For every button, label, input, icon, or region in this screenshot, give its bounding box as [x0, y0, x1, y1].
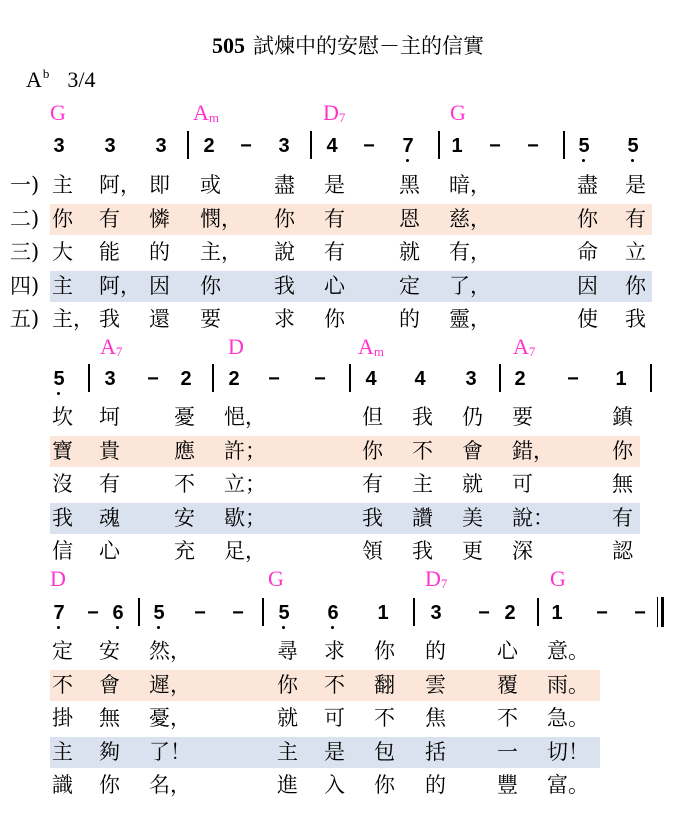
- lyric-syllable: 仍: [462, 404, 488, 430]
- lyric-syllable: 我: [274, 273, 300, 299]
- lower-octave-dot: [57, 392, 60, 395]
- lyric-syllable: 立；: [224, 471, 250, 497]
- chord-symbol: G: [550, 566, 566, 592]
- note-value: 7: [402, 135, 413, 157]
- lyric-syllable: 的: [149, 239, 175, 265]
- lyric-syllable: 主: [52, 172, 78, 198]
- note-value: 5: [578, 135, 589, 157]
- lyric-syllable: 意。: [547, 638, 573, 664]
- lyric-syllable: 有，: [449, 239, 475, 265]
- lyric-syllable: 求: [324, 638, 350, 664]
- lyric-syllable: 你: [625, 273, 651, 299]
- jianpu-note: 5: [149, 602, 169, 625]
- jianpu-note: 6: [323, 602, 343, 625]
- lyric-syllable: 你: [362, 438, 388, 464]
- chord-symbol: A7: [513, 334, 535, 360]
- note-value: −: [268, 368, 280, 390]
- lyric-syllable: 括: [425, 739, 451, 765]
- note-value: 5: [278, 602, 289, 624]
- jianpu-note: 1: [611, 368, 631, 391]
- verse-2-highlight: [50, 204, 652, 235]
- lyric-syllable: 認: [612, 538, 638, 564]
- lyric-syllable: 使: [577, 306, 603, 332]
- lyric-syllable: 主: [52, 273, 78, 299]
- lyric-syllable: 有: [99, 206, 125, 232]
- lyric-syllable: 的: [399, 306, 425, 332]
- jianpu-note: 3: [426, 602, 446, 625]
- lyric-syllable: 要: [200, 306, 226, 332]
- lyric-syllable: 就: [462, 471, 488, 497]
- barline: [212, 364, 214, 392]
- lyric-syllable: 定: [52, 638, 78, 664]
- note-value: −: [194, 602, 206, 624]
- lyric-syllable: 夠: [99, 739, 125, 765]
- lyric-syllable: 不: [174, 471, 200, 497]
- jianpu-note: 4: [322, 135, 342, 158]
- lower-octave-dot: [116, 626, 119, 629]
- lyric-syllable: 了，: [449, 273, 475, 299]
- note-value: 2: [203, 135, 214, 157]
- lower-octave-dot: [282, 626, 285, 629]
- chord-root: A: [358, 334, 374, 359]
- lyric-syllable: 魂: [99, 505, 125, 531]
- lyric-syllable: 信: [52, 538, 78, 564]
- lyric-syllable: 心: [497, 638, 523, 664]
- lyric-syllable: 我: [412, 404, 438, 430]
- note-dash: −: [143, 368, 163, 391]
- lyric-syllable: 你: [274, 206, 300, 232]
- lyric-syllable: 要: [512, 404, 538, 430]
- lyric-syllable: 會: [462, 438, 488, 464]
- barline: [88, 364, 90, 392]
- lyric-syllable: 憐: [149, 206, 175, 232]
- hymn-name: 試煉中的安慰－主的信實: [253, 34, 484, 58]
- lyric-syllable: 然，: [149, 638, 175, 664]
- jianpu-note: 3: [49, 135, 69, 158]
- verse-label: 四): [10, 273, 39, 299]
- barline: [138, 598, 140, 626]
- lyric-syllable: 有: [362, 471, 388, 497]
- hymn-number: 505: [212, 33, 245, 58]
- note-dash: −: [592, 602, 612, 625]
- hymn-title: 505試煉中的安慰－主的信實: [212, 30, 484, 60]
- barline: [262, 598, 264, 626]
- note-value: 4: [365, 368, 376, 390]
- lyric-syllable: 主: [52, 739, 78, 765]
- lyric-syllable: 不: [324, 672, 350, 698]
- lyric-syllable: 慈，: [449, 206, 475, 232]
- lyric-syllable: 求: [274, 306, 300, 332]
- lyric-syllable: 心: [99, 538, 125, 564]
- note-value: 4: [326, 135, 337, 157]
- note-dash: −: [474, 602, 494, 625]
- lyric-syllable: 的: [425, 638, 451, 664]
- barline: [187, 131, 189, 159]
- barline: [310, 131, 312, 159]
- note-value: −: [527, 135, 539, 157]
- final-barline: [657, 597, 662, 627]
- lyric-syllable: 錯，: [512, 438, 538, 464]
- lyric-syllable: 還: [149, 306, 175, 332]
- lyric-syllable: 富。: [547, 772, 573, 798]
- note-value: 3: [465, 368, 476, 390]
- lyric-syllable: 無: [612, 471, 638, 497]
- note-value: 5: [153, 602, 164, 624]
- lyric-syllable: 即: [149, 172, 175, 198]
- barline: [650, 364, 652, 392]
- note-dash: −: [359, 135, 379, 158]
- lyric-syllable: 阿，: [99, 172, 125, 198]
- lyric-syllable: 不: [412, 438, 438, 464]
- lower-octave-dot: [57, 626, 60, 629]
- jianpu-note: 5: [574, 135, 594, 158]
- verse-label: 一): [10, 172, 39, 198]
- jianpu-note: 4: [361, 368, 381, 391]
- lyric-syllable: 坷: [99, 404, 125, 430]
- lyric-syllable: 我: [99, 306, 125, 332]
- note-value: 3: [53, 135, 64, 157]
- chord-symbol: D7: [425, 566, 447, 592]
- note-dash: −: [83, 602, 103, 625]
- lyric-syllable: 你: [374, 638, 400, 664]
- lyric-syllable: 暗，: [449, 172, 475, 198]
- jianpu-note: 3: [274, 135, 294, 158]
- lyric-syllable: 會: [99, 672, 125, 698]
- note-dash: −: [264, 368, 284, 391]
- lyric-syllable: 美: [462, 505, 488, 531]
- chord-symbol: G: [50, 100, 66, 126]
- note-value: 1: [551, 602, 562, 624]
- chord-symbol: D: [228, 334, 244, 360]
- lyric-syllable: 有: [99, 471, 125, 497]
- jianpu-note: 2: [510, 368, 530, 391]
- lower-octave-dot: [157, 626, 160, 629]
- lyric-syllable: 你: [52, 206, 78, 232]
- lyric-syllable: 識: [52, 772, 78, 798]
- lyric-syllable: 了！: [149, 739, 175, 765]
- lower-octave-dot: [582, 159, 585, 162]
- lyric-syllable: 有: [625, 206, 651, 232]
- note-value: −: [567, 368, 579, 390]
- lyric-syllable: 翻: [374, 672, 400, 698]
- lyric-syllable: 的: [425, 772, 451, 798]
- note-value: 5: [53, 368, 64, 390]
- lyric-syllable: 深: [512, 538, 538, 564]
- note-value: 1: [377, 602, 388, 624]
- lyric-syllable: 恩: [399, 206, 425, 232]
- time-signature: 3/4: [67, 67, 95, 92]
- lyric-syllable: 可: [512, 471, 538, 497]
- jianpu-note: 3: [151, 135, 171, 158]
- key-signature: Ab3/4: [26, 66, 96, 93]
- note-value: −: [489, 135, 501, 157]
- barline: [499, 364, 501, 392]
- note-value: −: [240, 135, 252, 157]
- lyric-syllable: 主: [277, 739, 303, 765]
- key-accidental: b: [43, 66, 50, 81]
- chord-root: D: [50, 566, 66, 591]
- note-dash: −: [523, 135, 543, 158]
- note-value: 6: [327, 602, 338, 624]
- lyric-syllable: 切！: [547, 739, 573, 765]
- lower-octave-dot: [331, 626, 334, 629]
- lyric-syllable: 不: [52, 672, 78, 698]
- chord-root: G: [268, 566, 284, 591]
- lyric-syllable: 貴: [99, 438, 125, 464]
- lyric-syllable: 我: [362, 505, 388, 531]
- jianpu-note: 1: [373, 602, 393, 625]
- lyric-syllable: 說: [274, 239, 300, 265]
- note-value: −: [87, 602, 99, 624]
- lyric-syllable: 不: [374, 705, 400, 731]
- jianpu-note: 7: [49, 602, 69, 625]
- chord-quality: 7: [441, 576, 448, 591]
- note-value: 4: [414, 368, 425, 390]
- lyric-syllable: 應: [174, 438, 200, 464]
- jianpu-note: 5: [623, 135, 643, 158]
- lyric-syllable: 憫，: [200, 206, 226, 232]
- lyric-syllable: 包: [374, 739, 400, 765]
- lyric-syllable: 安: [174, 505, 200, 531]
- note-dash: −: [310, 368, 330, 391]
- lyric-syllable: 是: [324, 739, 350, 765]
- jianpu-note: 5: [274, 602, 294, 625]
- jianpu-note: 1: [447, 135, 467, 158]
- lyric-syllable: 你: [324, 306, 350, 332]
- jianpu-note: 6: [108, 602, 128, 625]
- lower-octave-dot: [406, 159, 409, 162]
- chord-symbol: D: [50, 566, 66, 592]
- chord-root: D: [323, 100, 339, 125]
- lyric-syllable: 遲，: [149, 672, 175, 698]
- chord-quality: m: [209, 110, 219, 125]
- verse-label: 二): [10, 206, 39, 232]
- note-value: 2: [514, 368, 525, 390]
- lyric-syllable: 因: [149, 273, 175, 299]
- lyric-syllable: 主，: [52, 306, 78, 332]
- note-value: −: [478, 602, 490, 624]
- note-dash: −: [630, 602, 650, 625]
- lyric-syllable: 悒，: [224, 404, 250, 430]
- jianpu-note: 7: [398, 135, 418, 158]
- jianpu-note: 2: [500, 602, 520, 625]
- lyric-syllable: 定: [399, 273, 425, 299]
- note-value: 1: [615, 368, 626, 390]
- lyric-syllable: 大: [52, 239, 78, 265]
- lyric-syllable: 是: [324, 172, 350, 198]
- jianpu-note: 2: [199, 135, 219, 158]
- lyric-syllable: 阿，: [99, 273, 125, 299]
- note-value: −: [232, 602, 244, 624]
- lyric-syllable: 鎮: [612, 404, 638, 430]
- note-value: 6: [112, 602, 123, 624]
- note-dash: −: [228, 602, 248, 625]
- note-value: 1: [451, 135, 462, 157]
- chord-symbol: Am: [193, 100, 219, 126]
- lyric-syllable: 盡: [577, 172, 603, 198]
- lyric-syllable: 立: [625, 239, 651, 265]
- note-value: −: [314, 368, 326, 390]
- lyric-syllable: 就: [399, 239, 425, 265]
- lyric-syllable: 領: [362, 538, 388, 564]
- lyric-syllable: 名，: [149, 772, 175, 798]
- lyric-syllable: 盡: [274, 172, 300, 198]
- note-value: 2: [228, 368, 239, 390]
- chord-root: G: [550, 566, 566, 591]
- chord-root: D: [228, 334, 244, 359]
- note-value: 2: [180, 368, 191, 390]
- barline: [349, 364, 351, 392]
- chord-root: A: [100, 334, 116, 359]
- note-dash: −: [563, 368, 583, 391]
- note-value: 7: [53, 602, 64, 624]
- note-value: 3: [155, 135, 166, 157]
- lyric-syllable: 你: [577, 206, 603, 232]
- lyric-syllable: 黑: [399, 172, 425, 198]
- lyric-syllable: 你: [200, 273, 226, 299]
- chord-quality: 7: [116, 344, 123, 359]
- lyric-syllable: 你: [277, 672, 303, 698]
- lyric-syllable: 你: [612, 438, 638, 464]
- lyric-syllable: 我: [625, 306, 651, 332]
- lyric-syllable: 充: [174, 538, 200, 564]
- jianpu-note: 2: [224, 368, 244, 391]
- chord-quality: m: [374, 344, 384, 359]
- lyric-syllable: 你: [99, 772, 125, 798]
- chord-quality: 7: [529, 344, 536, 359]
- lyric-syllable: 因: [577, 273, 603, 299]
- lyric-syllable: 焦: [425, 705, 451, 731]
- barline: [413, 598, 415, 626]
- lyric-syllable: 但: [362, 404, 388, 430]
- chord-root: G: [50, 100, 66, 125]
- lyric-syllable: 憂，: [149, 705, 175, 731]
- lyric-syllable: 急。: [547, 705, 573, 731]
- chord-symbol: G: [268, 566, 284, 592]
- note-value: 3: [104, 135, 115, 157]
- lyric-syllable: 讚: [412, 505, 438, 531]
- lyric-syllable: 我: [52, 505, 78, 531]
- lyric-syllable: 歇；: [224, 505, 250, 531]
- note-value: −: [147, 368, 159, 390]
- note-dash: −: [485, 135, 505, 158]
- jianpu-note: 3: [100, 368, 120, 391]
- lyric-syllable: 雨。: [547, 672, 573, 698]
- lyric-syllable: 足，: [224, 538, 250, 564]
- note-dash: −: [190, 602, 210, 625]
- lyric-syllable: 命: [577, 239, 603, 265]
- lyric-syllable: 進: [277, 772, 303, 798]
- chord-root: G: [450, 100, 466, 125]
- lyric-syllable: 入: [324, 772, 350, 798]
- lyric-syllable: 你: [374, 772, 400, 798]
- lyric-syllable: 更: [462, 538, 488, 564]
- verse-label: 三): [10, 239, 39, 265]
- note-value: 3: [104, 368, 115, 390]
- lyric-syllable: 就: [277, 705, 303, 731]
- lyric-syllable: 有: [324, 206, 350, 232]
- jianpu-note: 3: [461, 368, 481, 391]
- chord-root: D: [425, 566, 441, 591]
- lyric-syllable: 或: [200, 172, 226, 198]
- note-value: −: [634, 602, 646, 624]
- note-value: −: [363, 135, 375, 157]
- lyric-syllable: 有: [324, 239, 350, 265]
- note-value: −: [596, 602, 608, 624]
- lyric-syllable: 無: [99, 705, 125, 731]
- lyric-syllable: 我: [412, 538, 438, 564]
- lyric-syllable: 主，: [200, 239, 226, 265]
- lyric-syllable: 掛: [52, 705, 78, 731]
- chord-root: A: [513, 334, 529, 359]
- lyric-syllable: 能: [99, 239, 125, 265]
- jianpu-note: 1: [547, 602, 567, 625]
- verse-label: 五): [10, 306, 39, 332]
- chord-symbol: A7: [100, 334, 122, 360]
- chord-symbol: G: [450, 100, 466, 126]
- note-value: 5: [627, 135, 638, 157]
- lyric-syllable: 有: [612, 505, 638, 531]
- barline: [537, 598, 539, 626]
- chord-symbol: D7: [323, 100, 345, 126]
- lyric-syllable: 覆: [497, 672, 523, 698]
- chord-symbol: Am: [358, 334, 384, 360]
- lyric-syllable: 心: [324, 273, 350, 299]
- jianpu-note: 4: [410, 368, 430, 391]
- lyric-syllable: 坎: [52, 404, 78, 430]
- lyric-syllable: 一: [497, 739, 523, 765]
- lyric-syllable: 是: [625, 172, 651, 198]
- key-note: A: [26, 67, 42, 92]
- lyric-syllable: 沒: [52, 471, 78, 497]
- lyric-syllable: 尋: [277, 638, 303, 664]
- chord-quality: 7: [339, 110, 346, 125]
- chord-root: A: [193, 100, 209, 125]
- note-value: 3: [430, 602, 441, 624]
- note-value: 3: [278, 135, 289, 157]
- lyric-syllable: 不: [497, 705, 523, 731]
- jianpu-note: 5: [49, 368, 69, 391]
- lyric-syllable: 安: [99, 638, 125, 664]
- lyric-syllable: 可: [324, 705, 350, 731]
- note-value: 2: [504, 602, 515, 624]
- lower-octave-dot: [631, 159, 634, 162]
- lyric-syllable: 說：: [512, 505, 538, 531]
- note-dash: −: [236, 135, 256, 158]
- lyric-syllable: 豐: [497, 772, 523, 798]
- jianpu-note: 3: [100, 135, 120, 158]
- lyric-syllable: 許；: [224, 438, 250, 464]
- barline: [438, 131, 440, 159]
- lyric-syllable: 雲: [425, 672, 451, 698]
- lyric-syllable: 主: [412, 471, 438, 497]
- lyric-syllable: 靈，: [449, 306, 475, 332]
- lyric-syllable: 寶: [52, 438, 78, 464]
- jianpu-note: 2: [176, 368, 196, 391]
- barline: [563, 131, 565, 159]
- lyric-syllable: 憂: [174, 404, 200, 430]
